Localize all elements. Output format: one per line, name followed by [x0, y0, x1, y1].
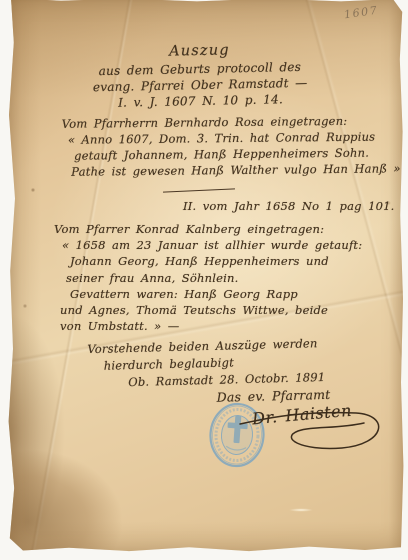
record-2-line: und Agnes, Thomä Teutschs Wittwe, beide [60, 302, 408, 318]
record-2-line: von Umbstatt. » — [60, 318, 408, 334]
record-1-entry: Vom Pfarrherrn Bernhardo Rosa eingetrage… [62, 112, 408, 180]
record-2-line: Gevattern waren: Hanß Georg Rapp [70, 286, 408, 302]
document-heading: Auszug aus dem Geburts protocoll des eva… [63, 40, 336, 112]
attestation-block: Vorstehende beiden Auszüge werden hierdu… [87, 335, 330, 409]
record-2-reference: II. vom Jahr 1658 No 1 pag 101. [183, 199, 394, 213]
record-2-line: seiner frau Anna, Söhnlein. [66, 270, 408, 286]
record-2-entry: Vom Pfarrer Konrad Kalnberg eingetragen:… [54, 221, 408, 334]
record-2-line: Vom Pfarrer Konrad Kalnberg eingetragen: [54, 221, 408, 237]
record-2-line: Johann Georg, Hanß Heppenheimers und [70, 253, 408, 269]
record-2-line: « 1658 am 23 Januar ist allhier wurde ge… [62, 237, 408, 253]
